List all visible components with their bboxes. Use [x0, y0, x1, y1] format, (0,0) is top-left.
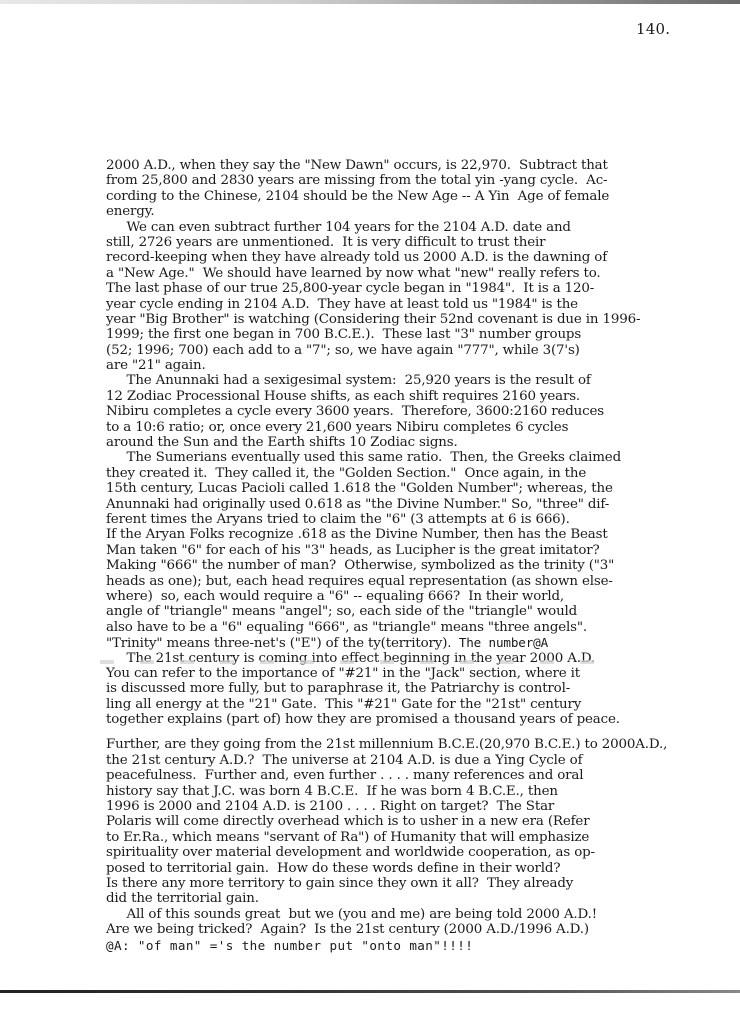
text-line: angle of "triangle" means "angel"; so, e… [106, 604, 686, 619]
text-line: You can refer to the importance of "#21"… [106, 666, 686, 681]
text-line: to Er.Ra., which means "servant of Ra") … [106, 830, 686, 845]
text-line: year "Big Brother" is watching (Consider… [106, 312, 686, 327]
text-line: 1996 is 2000 and 2104 A.D. is 2100 . . .… [106, 799, 686, 814]
text-line: history say that J.C. was born 4 B.C.E. … [106, 784, 686, 799]
text-line: did the territorial gain. [106, 891, 686, 906]
footnote: @A: "of man" ='s the number put "onto ma… [106, 938, 686, 953]
text-line: Making "666" the number of man? Otherwis… [106, 558, 686, 573]
text-line: Anunnaki had originally used 0.618 as "t… [106, 497, 686, 512]
text-line: still, 2726 years are unmentioned. It is… [106, 235, 686, 250]
text-line: Nibiru completes a cycle every 3600 year… [106, 404, 686, 419]
text-line: posed to territorial gain. How do these … [106, 861, 686, 876]
text-line: around the Sun and the Earth shifts 10 Z… [106, 435, 686, 450]
text-line: ferent times the Aryans tried to claim t… [106, 512, 686, 527]
page-bottom-edge [0, 990, 740, 993]
text-line: from 25,800 and 2830 years are missing f… [106, 173, 686, 188]
scan-smudge [100, 660, 620, 664]
text-line: year cycle ending in 2104 A.D. They have… [106, 297, 686, 312]
text-line: is discussed more fully, but to paraphra… [106, 681, 686, 696]
text-line: 12 Zodiac Processional House shifts, as … [106, 389, 686, 404]
text-line: The Anunnaki had a sexigesimal system: 2… [106, 373, 686, 388]
text-line: where) so, each would require a "6" -- e… [106, 589, 686, 604]
text-line: spirituality over material development a… [106, 845, 686, 860]
text-line: If the Aryan Folks recognize .618 as the… [106, 527, 686, 542]
text-line: 15th century, Lucas Pacioli called 1.618… [106, 481, 686, 496]
text-line: (52; 1996; 700) each add to a "7"; so, w… [106, 343, 686, 358]
paragraph-gap [106, 727, 686, 737]
text-line: heads as one); but, each head requires e… [106, 574, 686, 589]
text-line: Are we being tricked? Again? Is the 21st… [106, 922, 686, 937]
page-number: 140. [636, 20, 670, 38]
text-line: All of this sounds great but we (you and… [106, 907, 686, 922]
text-line: Further, are they going from the 21st mi… [106, 737, 686, 752]
text-line: a "New Age." We should have learned by n… [106, 266, 686, 281]
scan-top-edge [0, 0, 740, 4]
text-line: to a 10:6 ratio; or, once every 21,600 y… [106, 420, 686, 435]
text-line: Man taken "6" for each of his "3" heads,… [106, 543, 686, 558]
footnote-marker: The number@A [451, 635, 548, 650]
text-line: "Trinity" means three-net's ("E") of the… [106, 635, 686, 650]
text-line: the 21st century A.D.? The universe at 2… [106, 753, 686, 768]
text-line: We can even subtract further 104 years f… [106, 220, 686, 235]
text-line: they created it. They called it, the "Go… [106, 466, 686, 481]
document-body: 2000 A.D., when they say the "New Dawn" … [106, 158, 686, 953]
text-line: The Sumerians eventually used this same … [106, 450, 686, 465]
text-line: cording to the Chinese, 2104 should be t… [106, 189, 686, 204]
text-line: 2000 A.D., when they say the "New Dawn" … [106, 158, 686, 173]
text-line: energy. [106, 204, 686, 219]
text-line: The last phase of our true 25,800-year c… [106, 281, 686, 296]
text-line: record-keeping when they have already to… [106, 250, 686, 265]
text-line: Polaris will come directly overhead whic… [106, 814, 686, 829]
text-line: Is there any more territory to gain sinc… [106, 876, 686, 891]
text-line: are "21" again. [106, 358, 686, 373]
text-line: 1999; the first one began in 700 B.C.E.)… [106, 327, 686, 342]
text-line: peacefulness. Further and, even further … [106, 768, 686, 783]
text-line: together explains (part of) how they are… [106, 712, 686, 727]
text-line: also have to be a "6" equaling "666", as… [106, 620, 686, 635]
text-line: ling all energy at the "21" Gate. This "… [106, 697, 686, 712]
